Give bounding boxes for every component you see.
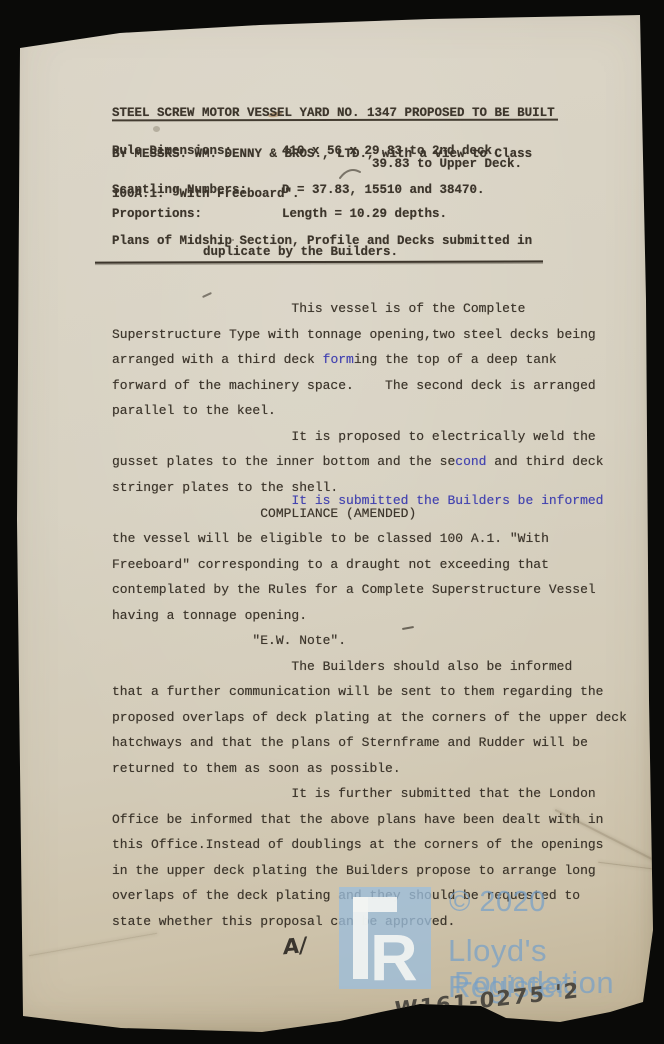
typewritten-line: gusset plates to the inner bottom and th…	[112, 449, 642, 475]
typewritten-line: the vessel will be eligible to be classe…	[112, 526, 642, 552]
typewritten-line: proposed overlaps of deck plating at the…	[112, 705, 642, 731]
plans-underline-rule	[95, 260, 543, 264]
scanned-document-photo: STEEL SCREW MOTOR VESSEL YARD NO. 1347 P…	[0, 0, 664, 1044]
spec-value: Length = 10.29 depths.	[282, 208, 447, 221]
body-text: This vessel is of the CompleteSuperstruc…	[112, 296, 642, 934]
blue-ink-text: cond	[455, 454, 486, 469]
spec-row-upper-deck: 39.83 to Upper Deck.	[112, 158, 522, 171]
spec-value: D = 37.83, 15510 and 38470.	[282, 184, 485, 197]
typewritten-line: Office be informed that the above plans …	[112, 807, 642, 833]
typewritten-line: Freeboard" corresponding to a draught no…	[112, 552, 642, 578]
handwritten-initial: A/	[283, 933, 308, 960]
spec-label	[112, 158, 282, 171]
typewritten-line: returned to them as soon as possible.	[112, 756, 642, 782]
handwritten-archive-reference: W161-0275 '2	[395, 978, 580, 1022]
typewritten-line: "E.W. Note".	[112, 628, 642, 654]
typewritten-line: hatchways and that the plans of Sternfra…	[112, 730, 642, 756]
typewritten-line: It is proposed to electrically weld the	[112, 424, 642, 450]
typewritten-line: It is further submitted that the London	[112, 781, 642, 807]
typewritten-line: arranged with a third deck forming the t…	[112, 347, 642, 373]
typewritten-line: having a tonnage opening.	[112, 603, 642, 629]
document-paper: STEEL SCREW MOTOR VESSEL YARD NO. 1347 P…	[0, 0, 664, 1044]
spec-label: Rule Dimensions:	[112, 145, 282, 158]
spec-label: Proportions:	[112, 208, 282, 221]
spec-label: Scantling Numbers:	[112, 184, 282, 197]
typewritten-line: overlaps of the deck plating and they sh…	[112, 883, 642, 909]
typewritten-line: The Builders should also be informed	[112, 654, 642, 680]
spec-value: 39.83 to Upper Deck.	[282, 158, 522, 171]
typewritten-line: state whether this proposal can be appro…	[112, 909, 642, 935]
blue-ink-text: form	[323, 352, 354, 367]
spec-row-scantling-numbers: Scantling Numbers:D = 37.83, 15510 and 3…	[112, 184, 485, 197]
typewritten-line: This vessel is of the Complete	[112, 296, 642, 322]
typewritten-line: Superstructure Type with tonnage opening…	[112, 322, 642, 348]
paper-crease	[29, 933, 157, 957]
typewritten-line: COMPLIANCE (AMENDED)	[112, 508, 642, 520]
plans-note-line: duplicate by the Builders.	[203, 246, 398, 258]
typewritten-line: in the upper deck plating the Builders p…	[112, 858, 642, 884]
pencil-tick-mark	[338, 166, 364, 182]
typewritten-line: contemplated by the Rules for a Complete…	[112, 577, 642, 603]
spec-row-proportions: Proportions:Length = 10.29 depths.	[112, 208, 447, 221]
typewritten-line: forward of the machinery space. The seco…	[112, 373, 642, 399]
typewritten-line: that a further communication will be sen…	[112, 679, 642, 705]
typewritten-line: this Office.Instead of doublings at the …	[112, 832, 642, 858]
typewritten-line: parallel to the keel.	[112, 398, 642, 424]
